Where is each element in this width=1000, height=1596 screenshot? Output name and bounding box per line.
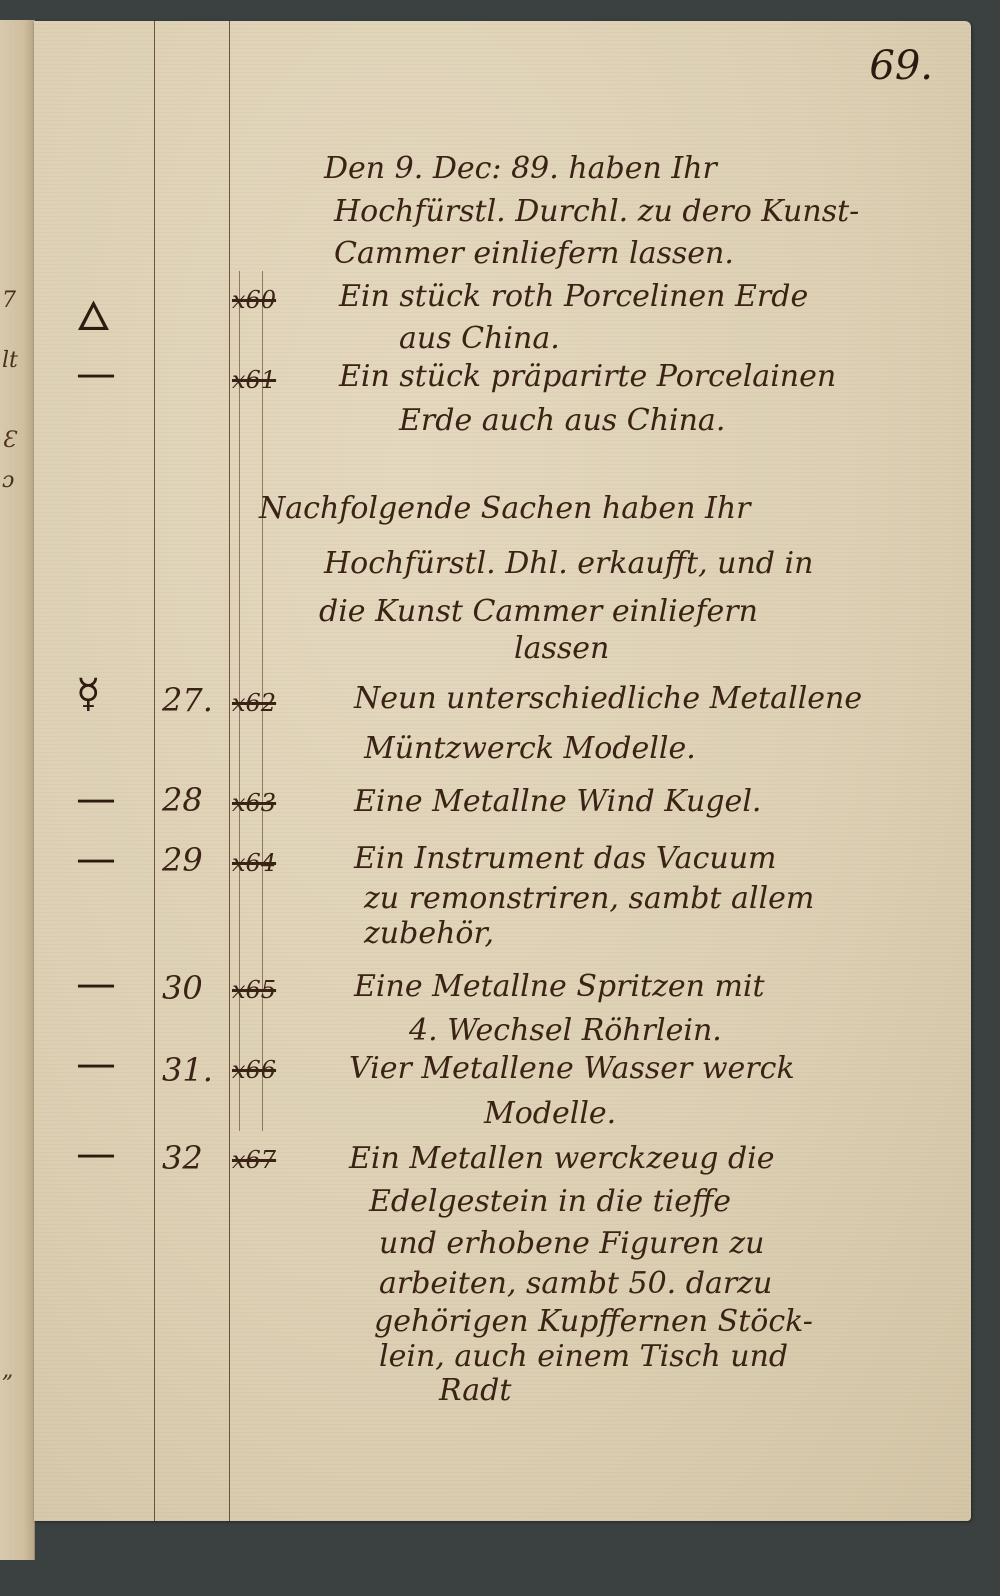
- old-number: x62: [232, 689, 276, 717]
- text-line: 4. Wechsel Röhrlein.: [409, 1013, 722, 1048]
- facing-page-edge: 7 lt Ɛ ɔ „: [0, 20, 35, 1560]
- entry-number: 28: [162, 781, 203, 819]
- heading-line: lassen: [514, 631, 609, 666]
- text-line: Erde auch aus China.: [399, 403, 725, 438]
- text-line: Neun unterschiedliche Metallene: [354, 681, 862, 716]
- entry-number: 29: [162, 841, 203, 879]
- alchemical-symbol-icon: 🜂: [76, 271, 111, 353]
- dash-mark-icon: —: [76, 351, 116, 397]
- dash-mark-icon: —: [76, 776, 116, 822]
- facing-page-fragment: ɔ: [2, 470, 14, 492]
- old-number: x60: [232, 286, 276, 314]
- text-line: Müntzwerck Modelle.: [364, 731, 696, 766]
- text-line: gehörigen Kupffernen Stöck-: [374, 1304, 813, 1339]
- dash-mark-icon: —: [76, 961, 116, 1007]
- text-line: arbeiten, sambt 50. darzu: [379, 1266, 772, 1301]
- heading-line: Nachfolgende Sachen haben Ihr: [259, 491, 751, 526]
- entry-number: 30: [162, 969, 203, 1007]
- manuscript-page: 69. Den 9. Dec: 89. haben Ihr Hochfürstl…: [34, 21, 971, 1521]
- text-line: Ein Instrument das Vacuum: [354, 841, 776, 876]
- facing-page-fragment: Ɛ: [2, 430, 16, 452]
- text-line: Eine Metallne Wind Kugel.: [354, 784, 761, 819]
- dash-mark-icon: —: [76, 1041, 116, 1087]
- text-line: Ein Metallen werckzeug die: [349, 1141, 775, 1176]
- number-column-rule: [229, 21, 230, 1521]
- text-line: zubehör,: [364, 916, 494, 951]
- text-line: Ein stück roth Porcelinen Erde: [339, 279, 808, 314]
- old-number: x67: [232, 1146, 276, 1174]
- old-number: x61: [232, 366, 276, 394]
- text-line: zu remonstriren, sambt allem: [364, 881, 814, 916]
- entry-number: 31.: [162, 1051, 213, 1089]
- old-number: x66: [232, 1056, 276, 1084]
- text-line: Vier Metallene Wasser werck: [349, 1051, 795, 1086]
- entry-number: 32: [162, 1139, 203, 1177]
- entry-number: 27.: [162, 681, 213, 719]
- text-line: Eine Metallne Spritzen mit: [354, 969, 765, 1004]
- facing-page-fragment: 7: [2, 290, 16, 312]
- dash-mark-icon: —: [76, 1131, 116, 1177]
- text-line: Ein stück präparirte Porcelainen: [339, 359, 836, 394]
- text-line: und erhobene Figuren zu: [379, 1226, 764, 1261]
- text-line: Radt: [439, 1373, 511, 1408]
- text-line: Cammer einliefern lassen.: [334, 236, 734, 271]
- heading-line: die Kunst Cammer einliefern: [319, 594, 758, 629]
- margin-rule: [154, 21, 155, 1521]
- text-line: aus China.: [399, 321, 560, 356]
- old-number: x64: [232, 849, 276, 877]
- facing-page-fragment: lt: [2, 350, 18, 372]
- mercury-symbol-icon: ☿: [76, 671, 101, 717]
- text-line: lein, auch einem Tisch und: [379, 1339, 788, 1374]
- facing-page-fragment: „: [2, 1360, 13, 1382]
- text-line: Hochfürstl. Durchl. zu dero Kunst-: [334, 194, 859, 229]
- text-line: Den 9. Dec: 89. haben Ihr: [324, 151, 717, 186]
- heading-line: Hochfürstl. Dhl. erkaufft, und in: [324, 546, 813, 581]
- text-line: Modelle.: [484, 1096, 616, 1131]
- dash-mark-icon: —: [76, 836, 116, 882]
- old-number: x63: [232, 789, 276, 817]
- text-line: Edelgestein in die tieffe: [369, 1184, 731, 1219]
- old-number: x65: [232, 976, 276, 1004]
- page-number: 69.: [869, 43, 933, 89]
